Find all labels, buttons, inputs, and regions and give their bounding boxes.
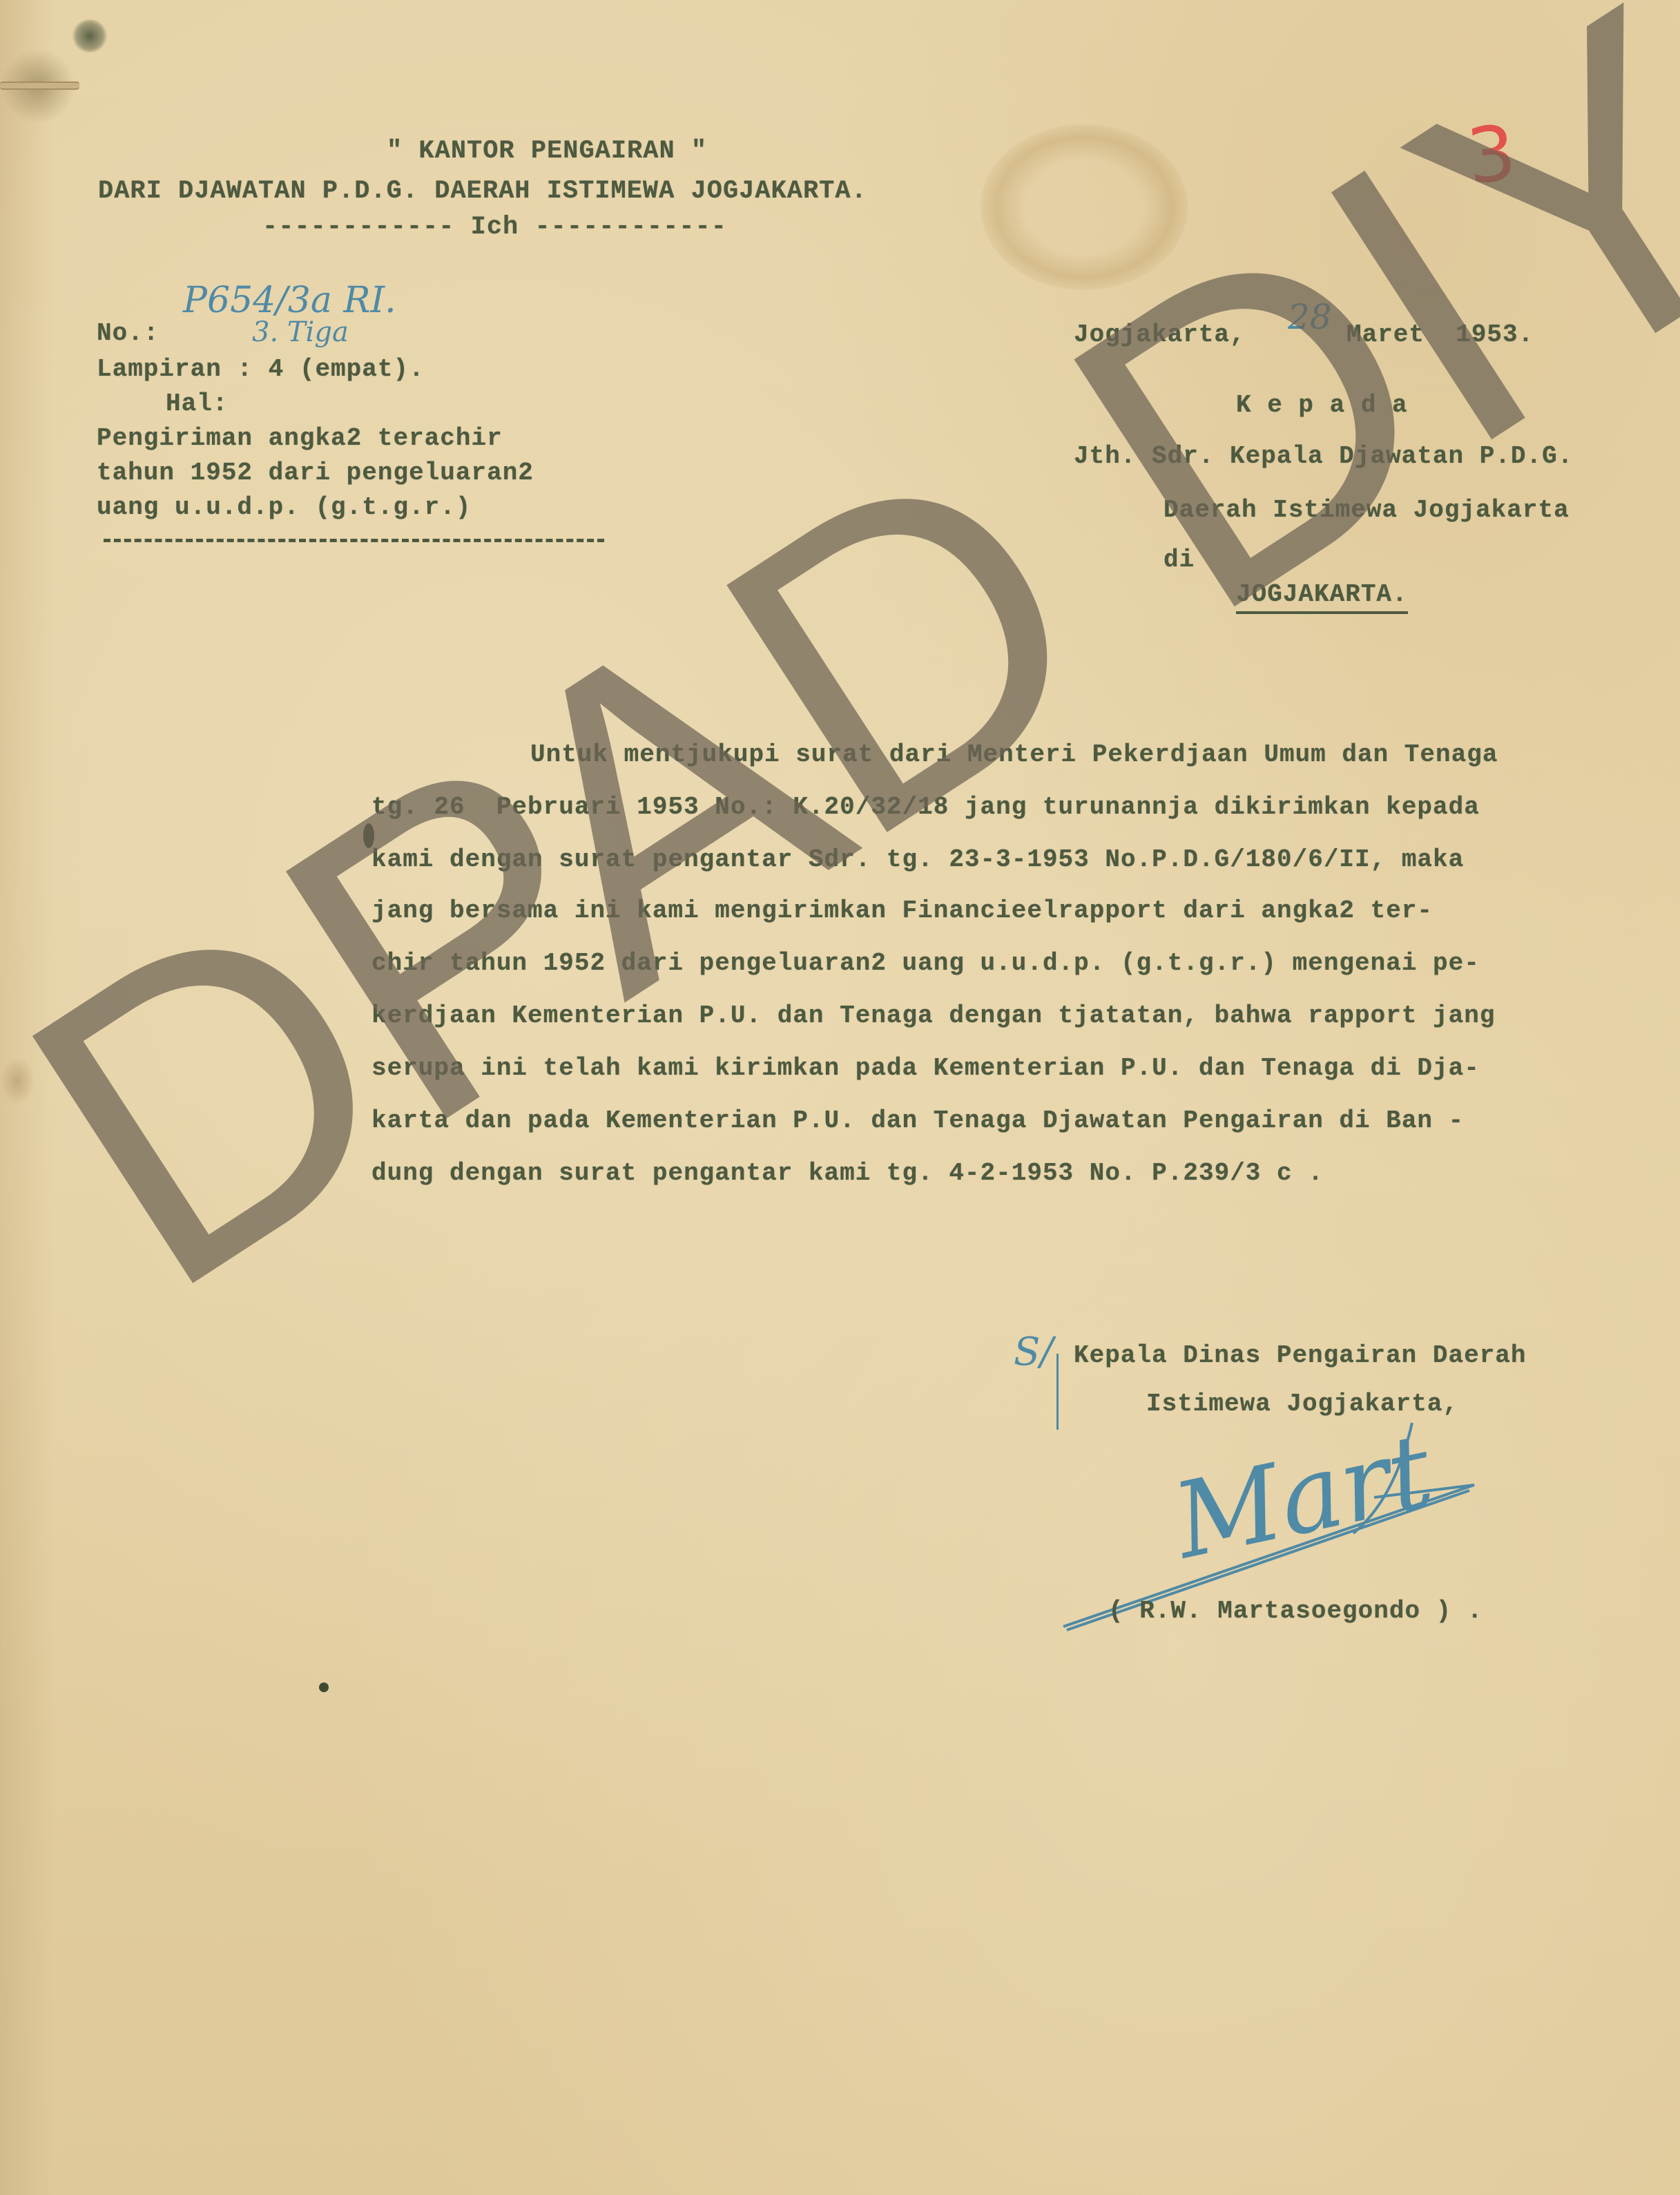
recipient-city: JOGJAKARTA. (1236, 580, 1408, 614)
letterhead-divider: ------------ Ich ------------ (262, 213, 727, 242)
body-line-1: Untuk mentjukupi surat dari Menteri Peke… (530, 740, 1498, 769)
recipient-kepada: K e p a d a (1236, 391, 1408, 419)
water-stain (981, 124, 1188, 290)
body-line-3: kami dengan surat pengantar Sdr. tg. 23-… (371, 845, 1464, 874)
body-line-8: karta dan pada Kementerian P.U. dan Tena… (371, 1106, 1464, 1135)
punch-hole-stain (0, 1057, 35, 1105)
body-line-4: jang bersama ini kami mengirimkan Financ… (371, 897, 1433, 925)
subject-line-2: tahun 1952 dari pengeluaran2 (97, 459, 534, 487)
subject-label: Hal: (166, 390, 228, 418)
subject-rule (104, 539, 604, 542)
recipient-line-3: di (1164, 546, 1195, 574)
ink-stain (73, 19, 107, 52)
ink-dot (363, 823, 374, 848)
body-line-2: tg. 26 Pebruari 1953 No.: K.20/32/18 jan… (371, 793, 1480, 821)
signature-initial: S/ (1014, 1330, 1053, 1374)
date-month-year: Maret 1953. (1346, 320, 1534, 349)
recipient-line-2: Daerah Istimewa Jogjakarta (1164, 496, 1570, 524)
reference-no-label: No.: (97, 319, 159, 347)
signatory-name: ( R.W. Martasoegondo ) . (1108, 1597, 1483, 1625)
recipient-line-1: Jth. Sdr. Kepala Djawatan P.D.G. (1074, 442, 1573, 470)
body-line-7: serupa ini telah kami kirimkan pada Keme… (371, 1054, 1480, 1082)
page-number: 3 (1463, 108, 1520, 202)
letterhead-subtitle: DARI DJAWATAN P.D.G. DAERAH ISTIMEWA JOG… (98, 177, 867, 206)
signature-title-line-1: Kepala Dinas Pengairan Daerah (1074, 1341, 1527, 1370)
staple-mark (0, 82, 79, 90)
subject-line-3: uang u.u.d.p. (g.t.g.r.) (97, 493, 471, 521)
attachment-line: Lampiran : 4 (empat). (97, 355, 425, 383)
reference-number-handwritten: P654/3a RI. (183, 280, 396, 321)
body-line-6: kerdjaan Kementerian P.U. dan Tenaga den… (371, 1001, 1495, 1030)
handwritten-signature: Mart (1164, 1411, 1442, 1582)
signature-initial-stroke (1056, 1354, 1059, 1430)
ink-dot-small (319, 1683, 329, 1692)
letterhead-title: " KANTOR PENGAIRAN " (387, 137, 707, 166)
date-place: Jogjakarta, (1074, 320, 1246, 349)
body-line-5: chir tahun 1952 dari pengeluaran2 uang u… (371, 949, 1480, 977)
reference-number-handwritten-2: 3. Tiga (252, 316, 349, 348)
subject-line-1: Pengiriman angka2 terachir (97, 424, 503, 452)
body-line-9: dung dengan surat pengantar kami tg. 4-2… (371, 1159, 1324, 1187)
date-day-handwritten: 28 (1288, 297, 1332, 337)
